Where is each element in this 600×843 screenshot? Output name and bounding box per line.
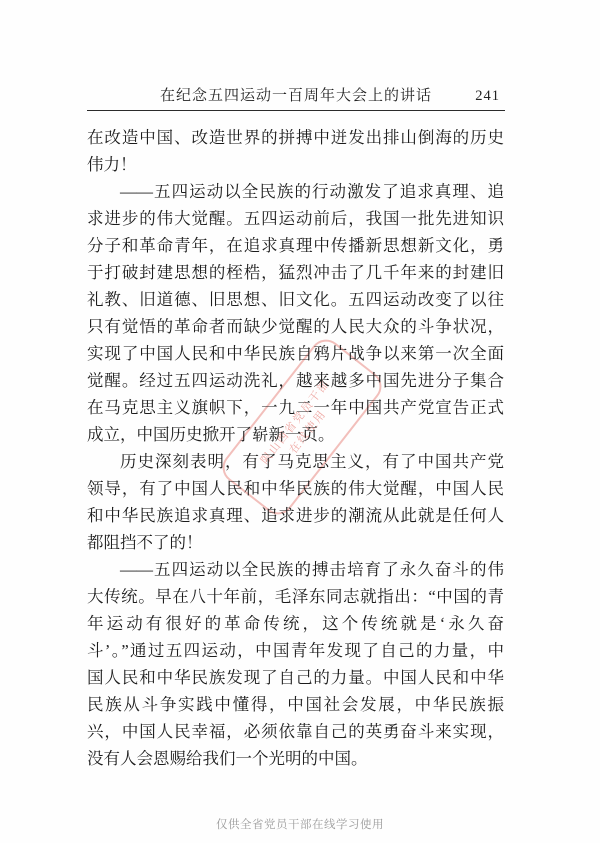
book-page: 在纪念五四运动一百周年大会上的讲话 241 限山西省党员干部 在线使用 在改造中… (0, 0, 600, 843)
body-line: 民族从斗争实践中懂得，中国社会发展，中华民族振 (87, 691, 504, 718)
body-line: 斗’。”通过五四运动，中国青年发现了自己的力量，中 (87, 637, 504, 664)
body-line: ——五四运动以全民族的搏击培育了永久奋斗的伟 (87, 556, 504, 583)
body-line: 分子和革命青年，在追求真理中传播新思想新文化，勇 (87, 232, 504, 259)
body-line: 成立，中国历史掀开了崭新一页。 (87, 421, 504, 448)
body-text: 在改造中国、改造世界的拼搏中迸发出排山倒海的历史伟力！——五四运动以全民族的行动… (87, 124, 504, 772)
body-line: ——五四运动以全民族的行动激发了追求真理、追 (87, 178, 504, 205)
footer-notice: 仅供全省党员干部在线学习使用 (0, 816, 600, 832)
body-line: 于打破封建思想的桎梏，猛烈冲击了几千年来的封建旧 (87, 259, 504, 286)
page-title: 在纪念五四运动一百周年大会上的讲话 (87, 85, 505, 108)
body-line: 觉醒。经过五四运动洗礼，越来越多中国先进分子集合 (87, 367, 504, 394)
body-line: 都阻挡不了的！ (87, 529, 504, 556)
body-line: 年运动有很好的革命传统，这个传统就是‘永久奋 (87, 610, 504, 637)
body-line: 和中华民族追求真理、追求进步的潮流从此就是任何人 (87, 502, 504, 529)
body-line: 兴，中国人民幸福，必须依靠自己的英勇奋斗来实现， (87, 718, 504, 745)
body-line: 大传统。早在八十年前，毛泽东同志就指出：“中国的青 (87, 583, 504, 610)
body-line: 在马克思主义旗帜下，一九二一年中国共产党宣告正式 (87, 394, 504, 421)
body-line: 领导，有了中国人民和中华民族的伟大觉醒，中国人民 (87, 475, 504, 502)
body-line: 伟力！ (87, 151, 504, 178)
body-line: 没有人会恩赐给我们一个光明的中国。 (87, 745, 504, 772)
page-number: 241 (475, 85, 500, 108)
running-head: 在纪念五四运动一百周年大会上的讲话 241 (87, 85, 505, 111)
body-line: 礼教、旧道德、旧思想、旧文化。五四运动改变了以往 (87, 286, 504, 313)
body-line: 国人民和中华民族发现了自己的力量。中国人民和中华 (87, 664, 504, 691)
body-line: 在改造中国、改造世界的拼搏中迸发出排山倒海的历史 (87, 124, 504, 151)
body-line: 历史深刻表明，有了马克思主义，有了中国共产党 (87, 448, 504, 475)
body-line: 求进步的伟大觉醒。五四运动前后，我国一批先进知识 (87, 205, 504, 232)
body-line: 只有觉悟的革命者而缺少觉醒的人民大众的斗争状况， (87, 313, 504, 340)
body-line: 实现了中国人民和中华民族自鸦片战争以来第一次全面 (87, 340, 504, 367)
